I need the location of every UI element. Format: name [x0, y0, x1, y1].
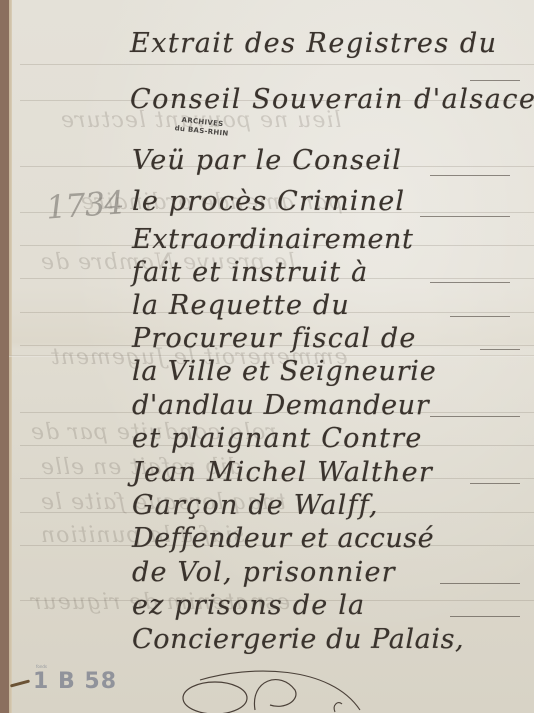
line-filler-dash [430, 282, 510, 283]
body-line-3: Extraordinairement [132, 224, 414, 255]
margin-pencil-number: 1734 [45, 183, 125, 226]
body-line-9: et plaignant Contre [132, 423, 423, 454]
body-line-1: Veü par le Conseil [132, 145, 402, 176]
line-filler-dash [430, 175, 510, 176]
body-line-2: le procès Criminel [132, 186, 405, 217]
line-filler-dash [470, 80, 520, 81]
body-line-7: la Ville et Seigneurie [132, 356, 437, 387]
shelfmark-stamp: 1 B 58 [33, 669, 117, 694]
heading-line-2: Conseil Souverain d'alsace. [130, 84, 534, 115]
body-line-10: Jean Michel Walther [132, 457, 433, 488]
document-photo: lieu ne pouvant lecture par amende ordin… [0, 0, 534, 713]
body-line-11: Garçon de Walff, [132, 490, 379, 521]
body-line-13: de Vol, prisonnier [132, 557, 396, 588]
body-line-12: Deffendeur et accusé [132, 523, 434, 554]
line-filler-dash [420, 216, 510, 217]
line-filler-dash [450, 316, 510, 317]
ruled-line [20, 64, 534, 65]
body-line-8: d'andlau Demandeur [132, 390, 429, 421]
body-line-4: fait et instruit à [132, 257, 368, 288]
flourish-ornament [160, 660, 380, 713]
body-line-15: Conciergerie du Palais, [132, 624, 464, 655]
line-filler-dash [470, 483, 520, 484]
body-line-5: la Requette du [132, 290, 350, 321]
body-line-6: Procureur fiscal de [132, 323, 417, 354]
line-filler-dash [430, 416, 520, 417]
line-filler-dash [450, 616, 520, 617]
heading-line-1: Extrait des Registres du [130, 28, 498, 59]
body-line-14: ez prisons de la [132, 590, 365, 621]
line-filler-dash [440, 583, 520, 584]
line-filler-dash [480, 349, 520, 350]
